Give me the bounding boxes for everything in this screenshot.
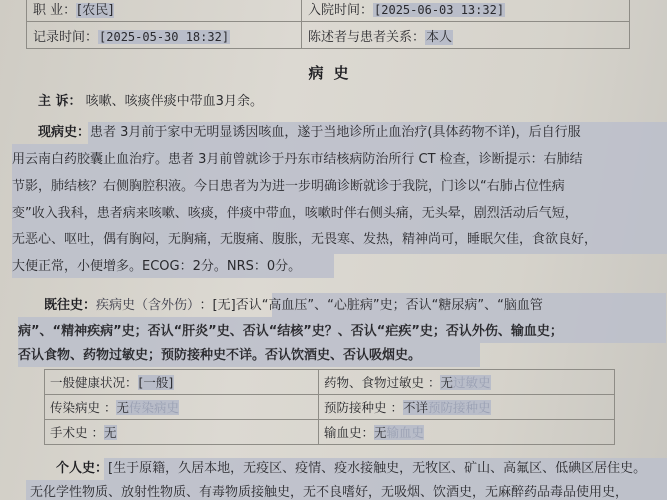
- section-title: 病史: [0, 62, 667, 83]
- transfusion-history-field[interactable]: 无输血史: [374, 425, 424, 440]
- general-health-label: 一般健康状况：: [50, 375, 138, 390]
- chief-complaint-text[interactable]: 咳嗽、咳痰伴痰中带血3月余。: [86, 94, 263, 109]
- present-illness-line-1: 现病史：患者 3月前于家中无明显诱因咳血，遂于当地诊所止血治疗(具体药物不详)，…: [38, 122, 581, 144]
- info-row-1: 职 业：[农民] 入院时间：[2025-06-03 13:32]: [27, 0, 630, 22]
- admission-time-label: 入院时间：: [308, 3, 373, 18]
- admission-time-field[interactable]: [2025-06-03 13:32]: [373, 3, 505, 17]
- past-history-line-1: 既往史：疾病史（含外伤）：[无]否认“高血压”、“心脏病”史；否认“糖尿病”、“…: [44, 295, 543, 317]
- relation-field[interactable]: 本人: [425, 30, 453, 45]
- chief-complaint: 主 诉： 咳嗽、咳痰伴痰中带血3月余。: [38, 91, 263, 113]
- relation-label: 陈述者与患者关系：: [308, 30, 425, 45]
- surgery-history-field[interactable]: 无: [104, 425, 117, 440]
- transfusion-history-cell: 输血史：无输血史: [319, 420, 615, 445]
- infectious-history-field[interactable]: 无传染病史: [116, 400, 179, 415]
- personal-history-line-1: 个人史：[生于原籍，久居本地，无疫区、疫情、疫水接触史，无牧区、矿山、高氟区、低…: [56, 458, 646, 480]
- general-health-cell: 一般健康状况：[一般]: [45, 370, 319, 395]
- history-row-2: 传染病史 ：无传染病史 预防接种史 ：不详预防接种史: [45, 395, 615, 420]
- transfusion-history-value: 无: [374, 425, 387, 440]
- past-history-label: 既往史：: [44, 298, 96, 313]
- history-row-1: 一般健康状况：[一般] 药物、食物过敏史 ：无过敏史: [45, 370, 615, 395]
- general-health-field[interactable]: [一般]: [138, 375, 175, 390]
- occupation-label: 职 业：: [33, 3, 76, 18]
- admission-time-cell: 入院时间：[2025-06-03 13:32]: [302, 0, 630, 22]
- vaccination-history-cell: 预防接种史 ：不详预防接种史: [319, 395, 615, 420]
- history-row-3: 手术史 ：无 输血史：无输血史: [45, 420, 615, 445]
- allergy-history-field[interactable]: 无过敏史: [440, 375, 490, 390]
- surgery-history-label: 手术史 ：: [50, 425, 104, 440]
- record-time-label: 记录时间：: [33, 30, 98, 45]
- present-illness-line-2[interactable]: 用云南白药胶囊止血治疗。患者 3月前曾就诊于丹东市结核病防治所行 CT 检查，诊…: [12, 149, 583, 171]
- infectious-history-label: 传染病史 ：: [50, 400, 116, 415]
- record-time-cell: 记录时间：[2025-05-30 18:32]: [27, 22, 302, 49]
- info-row-2: 记录时间：[2025-05-30 18:32] 陈述者与患者关系：本人: [27, 22, 630, 49]
- personal-history-text-1[interactable]: [生于原籍，久居本地，无疫区、疫情、疫水接触史，无牧区、矿山、高氟区、低碘区居住…: [108, 461, 646, 476]
- transfusion-history-placeholder: 输血史: [387, 425, 425, 440]
- infectious-history-cell: 传染病史 ：无传染病史: [45, 395, 319, 420]
- medical-record-page: 职 业：[农民] 入院时间：[2025-06-03 13:32] 记录时间：[2…: [0, 0, 667, 500]
- present-illness-line-3[interactable]: 节影，肺结核？右侧胸腔积液。今日患者为为进一步明确诊断就诊于我院，门诊以“右肺占…: [12, 176, 565, 198]
- history-details-table: 一般健康状况：[一般] 药物、食物过敏史 ：无过敏史 传染病史 ：无传染病史 预…: [44, 369, 615, 445]
- personal-history-label: 个人史：: [56, 461, 108, 476]
- record-time-field[interactable]: [2025-05-30 18:32]: [98, 30, 230, 44]
- allergy-history-placeholder: 过敏史: [453, 375, 491, 390]
- allergy-history-label: 药物、食物过敏史 ：: [324, 375, 440, 390]
- occupation-cell: 职 业：[农民]: [27, 0, 302, 22]
- surgery-history-cell: 手术史 ：无: [45, 420, 319, 445]
- allergy-history-value: 无: [440, 375, 453, 390]
- vaccination-history-field[interactable]: 不详预防接种史: [403, 400, 491, 415]
- vaccination-history-placeholder: 预防接种史: [428, 400, 491, 415]
- personal-history-line-2[interactable]: 无化学性物质、放射性物质、有毒物质接触史，无不良嗜好，无吸烟、饮酒史，无麻醉药品…: [30, 482, 628, 500]
- chief-complaint-label: 主 诉：: [38, 94, 82, 109]
- occupation-field[interactable]: [农民]: [76, 3, 114, 18]
- patient-info-table: 职 业：[农民] 入院时间：[2025-06-03 13:32] 记录时间：[2…: [26, 0, 630, 49]
- allergy-history-cell: 药物、食物过敏史 ：无过敏史: [319, 370, 615, 395]
- present-illness-line-5[interactable]: 无恶心、呕吐，偶有胸闷，无胸痛，无腹痛、腹胀，无畏寒、发热，精神尚可，睡眠欠佳，…: [12, 229, 597, 251]
- past-history-text-1[interactable]: 否认“高血压”、“心脏病”史；否认“糖尿病”、“脑血管: [236, 298, 543, 313]
- present-illness-label: 现病史：: [38, 125, 90, 140]
- transfusion-history-label: 输血史：: [324, 425, 374, 440]
- vaccination-history-value: 不详: [403, 400, 428, 415]
- disease-history-value[interactable]: ：[无]: [200, 298, 236, 313]
- disease-history-label: 疾病史（含外伤）: [96, 298, 194, 313]
- past-history-line-3[interactable]: 否认食物、药物过敏史；预防接种史不详。否认饮酒史、否认吸烟史。: [18, 345, 421, 367]
- present-illness-line-6[interactable]: 大便正常，小便增多。ECOG：2分。NRS：0分。: [12, 256, 301, 278]
- relation-cell: 陈述者与患者关系：本人: [302, 22, 630, 49]
- vaccination-history-label: 预防接种史 ：: [324, 400, 403, 415]
- infectious-history-placeholder: 传染病史: [129, 400, 179, 415]
- present-illness-line-4[interactable]: 变”收入我科，患者病来咳嗽、咳痰，伴痰中带血，咳嗽时伴右侧头痛，无头晕，剧烈活动…: [12, 203, 578, 225]
- present-illness-text-1[interactable]: 患者 3月前于家中无明显诱因咳血，遂于当地诊所止血治疗(具体药物不详)，后自行服: [90, 125, 581, 140]
- infectious-history-value: 无: [116, 400, 129, 415]
- past-history-line-2[interactable]: 病”、“精神疾病”史；否认“肝炎”史、否认“结核”史？、否认“疟疾”史；否认外伤…: [18, 321, 563, 343]
